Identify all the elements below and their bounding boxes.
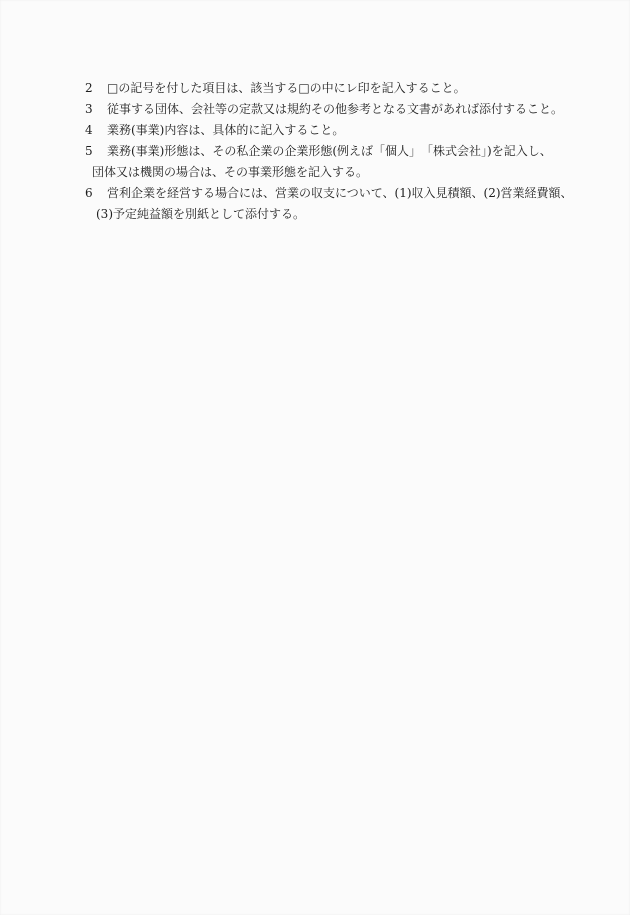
note-line: 5業務(事業)形態は、その私企業の企業形態(例えば「個人」 「株式会社」)を記入… [85,141,600,162]
note-item-5: 5業務(事業)形態は、その私企業の企業形態(例えば「個人」 「株式会社」)を記入… [85,141,600,183]
note-number: 4 [85,120,107,141]
note-number: 5 [85,141,107,162]
note-item-4: 4業務(事業)内容は、具体的に記入すること。 [85,120,600,141]
note-number: 2 [85,78,107,99]
note-continuation-line: (3)予定純益額を別紙として添付する。 [85,204,600,225]
note-item-6: 6営利企業を経営する場合には、営業の収支について、(1)収入見積額、(2)営業経… [85,183,600,225]
note-text: 営利企業を経営する場合には、営業の収支について、(1)収入見積額、(2)営業経費… [107,186,573,200]
note-text: 業務(事業)形態は、その私企業の企業形態(例えば「個人」 「株式会社」)を記入し… [107,144,552,158]
note-text: 従事する団体、会社等の定款又は規約その他参考となる文書があれば添付すること。 [107,102,563,116]
note-number: 6 [85,183,107,204]
note-continuation-line: 団体又は機関の場合は、その事業形態を記入する。 [85,162,600,183]
note-line: 4業務(事業)内容は、具体的に記入すること。 [85,120,600,141]
note-item-3: 3従事する団体、会社等の定款又は規約その他参考となる文書があれば添付すること。 [85,99,600,120]
document-page: 2□の記号を付した項目は、該当する□の中にレ印を記入すること。 3従事する団体、… [0,0,630,915]
note-number: 3 [85,99,107,120]
notes-list: 2□の記号を付した項目は、該当する□の中にレ印を記入すること。 3従事する団体、… [85,78,600,225]
note-line: 3従事する団体、会社等の定款又は規約その他参考となる文書があれば添付すること。 [85,99,600,120]
note-item-2: 2□の記号を付した項目は、該当する□の中にレ印を記入すること。 [85,78,600,99]
note-line: 6営利企業を経営する場合には、営業の収支について、(1)収入見積額、(2)営業経… [85,183,600,204]
note-line: 2□の記号を付した項目は、該当する□の中にレ印を記入すること。 [85,78,600,99]
note-text: 業務(事業)内容は、具体的に記入すること。 [107,123,344,137]
note-text: □の記号を付した項目は、該当する□の中にレ印を記入すること。 [107,81,466,95]
